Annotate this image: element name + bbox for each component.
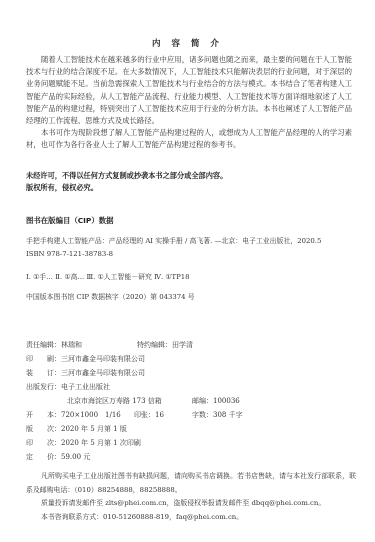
cip-citation: 手把手构建人工智能产品：产品经理的 AI 实操手册 / 高飞著. —北京：电子工…	[26, 235, 321, 245]
edition-value: 2020 年 5 月第 1 版	[61, 425, 127, 433]
cip-isbn: ISBN 978-7-121-38783-8	[26, 250, 113, 258]
imprint-printing-row: 印 次：2020 年 5 月第 1 次印刷	[26, 438, 141, 448]
imprint-format-row: 开 本：720×1000 1/16 印张：16 字数：308 千字	[26, 410, 121, 420]
price-value: 59.00 元	[61, 453, 90, 461]
sheets-value: 16	[155, 411, 164, 419]
wordcount-value: 308 千字	[213, 411, 243, 419]
rights-reserved-notice: 版权所有，侵权必究。	[26, 182, 356, 194]
copyright-page: 内 容 简 介 随着人工智能技术在越来越多的行业中应用，诸多问题也随之而来，最主…	[0, 0, 375, 542]
footer-returns: 凡所购买电子工业出版社图书有缺损问题，请向购买书店调换。若书店售缺，请与本社发行…	[26, 470, 356, 497]
intro-body: 随着人工智能技术在越来越多的行业中应用，诸多问题也随之而来，最主要的问题在于人工…	[26, 54, 352, 152]
imprint-address-row: 北京市海淀区万寿路 173 信箱 邮编：100036	[67, 396, 162, 406]
footer-contact: 凡所购买电子工业出版社图书有缺损问题，请向购买书店调换。若书店售缺，请与本社发行…	[26, 470, 356, 524]
cip-classification: Ⅰ. ①手… Ⅱ. ①高… Ⅲ. ①人工智能－研究 Ⅳ. ①TP18	[26, 271, 190, 281]
imprint-printer-row: 印 刷：三河市鑫金马印装有限公司	[26, 354, 145, 364]
format-label: 开 本：	[26, 411, 61, 419]
edition-label: 版 次：	[26, 425, 61, 433]
sheets: 印张：16	[134, 410, 164, 420]
cip-number: 中国版本图书馆 CIP 数据核字（2020）第 043374 号	[26, 291, 195, 301]
address-value: 北京市海淀区万寿路 173 信箱	[67, 397, 162, 405]
special-editor: 特约编辑：田学清	[137, 340, 193, 350]
imprint-price-row: 定 价：59.00 元	[26, 452, 90, 462]
printing-label: 印 次：	[26, 439, 61, 447]
special-editor-value: 田学清	[172, 341, 193, 349]
postcode-label: 邮编：	[192, 397, 213, 405]
printer-value: 三河市鑫金马印装有限公司	[61, 355, 145, 363]
postcode-value: 100036	[213, 397, 240, 405]
editor-value: 林瑞和	[61, 341, 82, 349]
imprint-binder-row: 装 订：三河市鑫金马印装有限公司	[26, 368, 145, 378]
publisher-label: 出版发行：	[26, 383, 61, 391]
printing-value: 2020 年 5 月第 1 次印刷	[61, 439, 141, 447]
printer-label: 印 刷：	[26, 355, 61, 363]
format-value: 720×1000 1/16	[61, 411, 121, 419]
binder-value: 三河市鑫金马印装有限公司	[61, 369, 145, 377]
binder-label: 装 订：	[26, 369, 61, 377]
sheets-label: 印张：	[134, 411, 155, 419]
postcode: 邮编：100036	[192, 396, 240, 406]
publisher-value: 电子工业出版社	[61, 383, 110, 391]
wordcount-label: 字数：	[192, 411, 213, 419]
footer-complaints: 质量投诉请发邮件至 zlts@phei.com.cn，盗版侵权举报请发邮件至 d…	[26, 497, 356, 511]
imprint-publisher-row: 出版发行：电子工业出版社	[26, 382, 110, 392]
price-label: 定 价：	[26, 453, 61, 461]
footer-inquiries: 本书咨询联系方式：010-51260888-819，faq@phei.com.c…	[26, 511, 356, 525]
wordcount: 字数：308 千字	[192, 410, 243, 420]
editor-label: 责任编辑：	[26, 341, 61, 349]
special-editor-label: 特约编辑：	[137, 341, 172, 349]
intro-paragraph-1: 随着人工智能技术在越来越多的行业中应用，诸多问题也随之而来，最主要的问题在于人工…	[26, 54, 352, 127]
intro-paragraph-2: 本书可作为现阶段想了解人工智能产品构建过程的人，或想成为人工智能产品经理的人的学…	[26, 127, 352, 151]
copyright-notice: 未经许可，不得以任何方式复制或抄袭本书之部分或全部内容。 版权所有，侵权必究。	[26, 170, 356, 194]
no-copy-notice: 未经许可，不得以任何方式复制或抄袭本书之部分或全部内容。	[26, 170, 356, 182]
intro-title: 内 容 简 介	[0, 37, 375, 49]
imprint-edition-row: 版 次：2020 年 5 月第 1 版	[26, 424, 127, 434]
imprint-editor-row: 责任编辑：林瑞和 特约编辑：田学清	[26, 340, 82, 350]
cip-heading: 图书在版编目（CIP）数据	[26, 215, 114, 226]
